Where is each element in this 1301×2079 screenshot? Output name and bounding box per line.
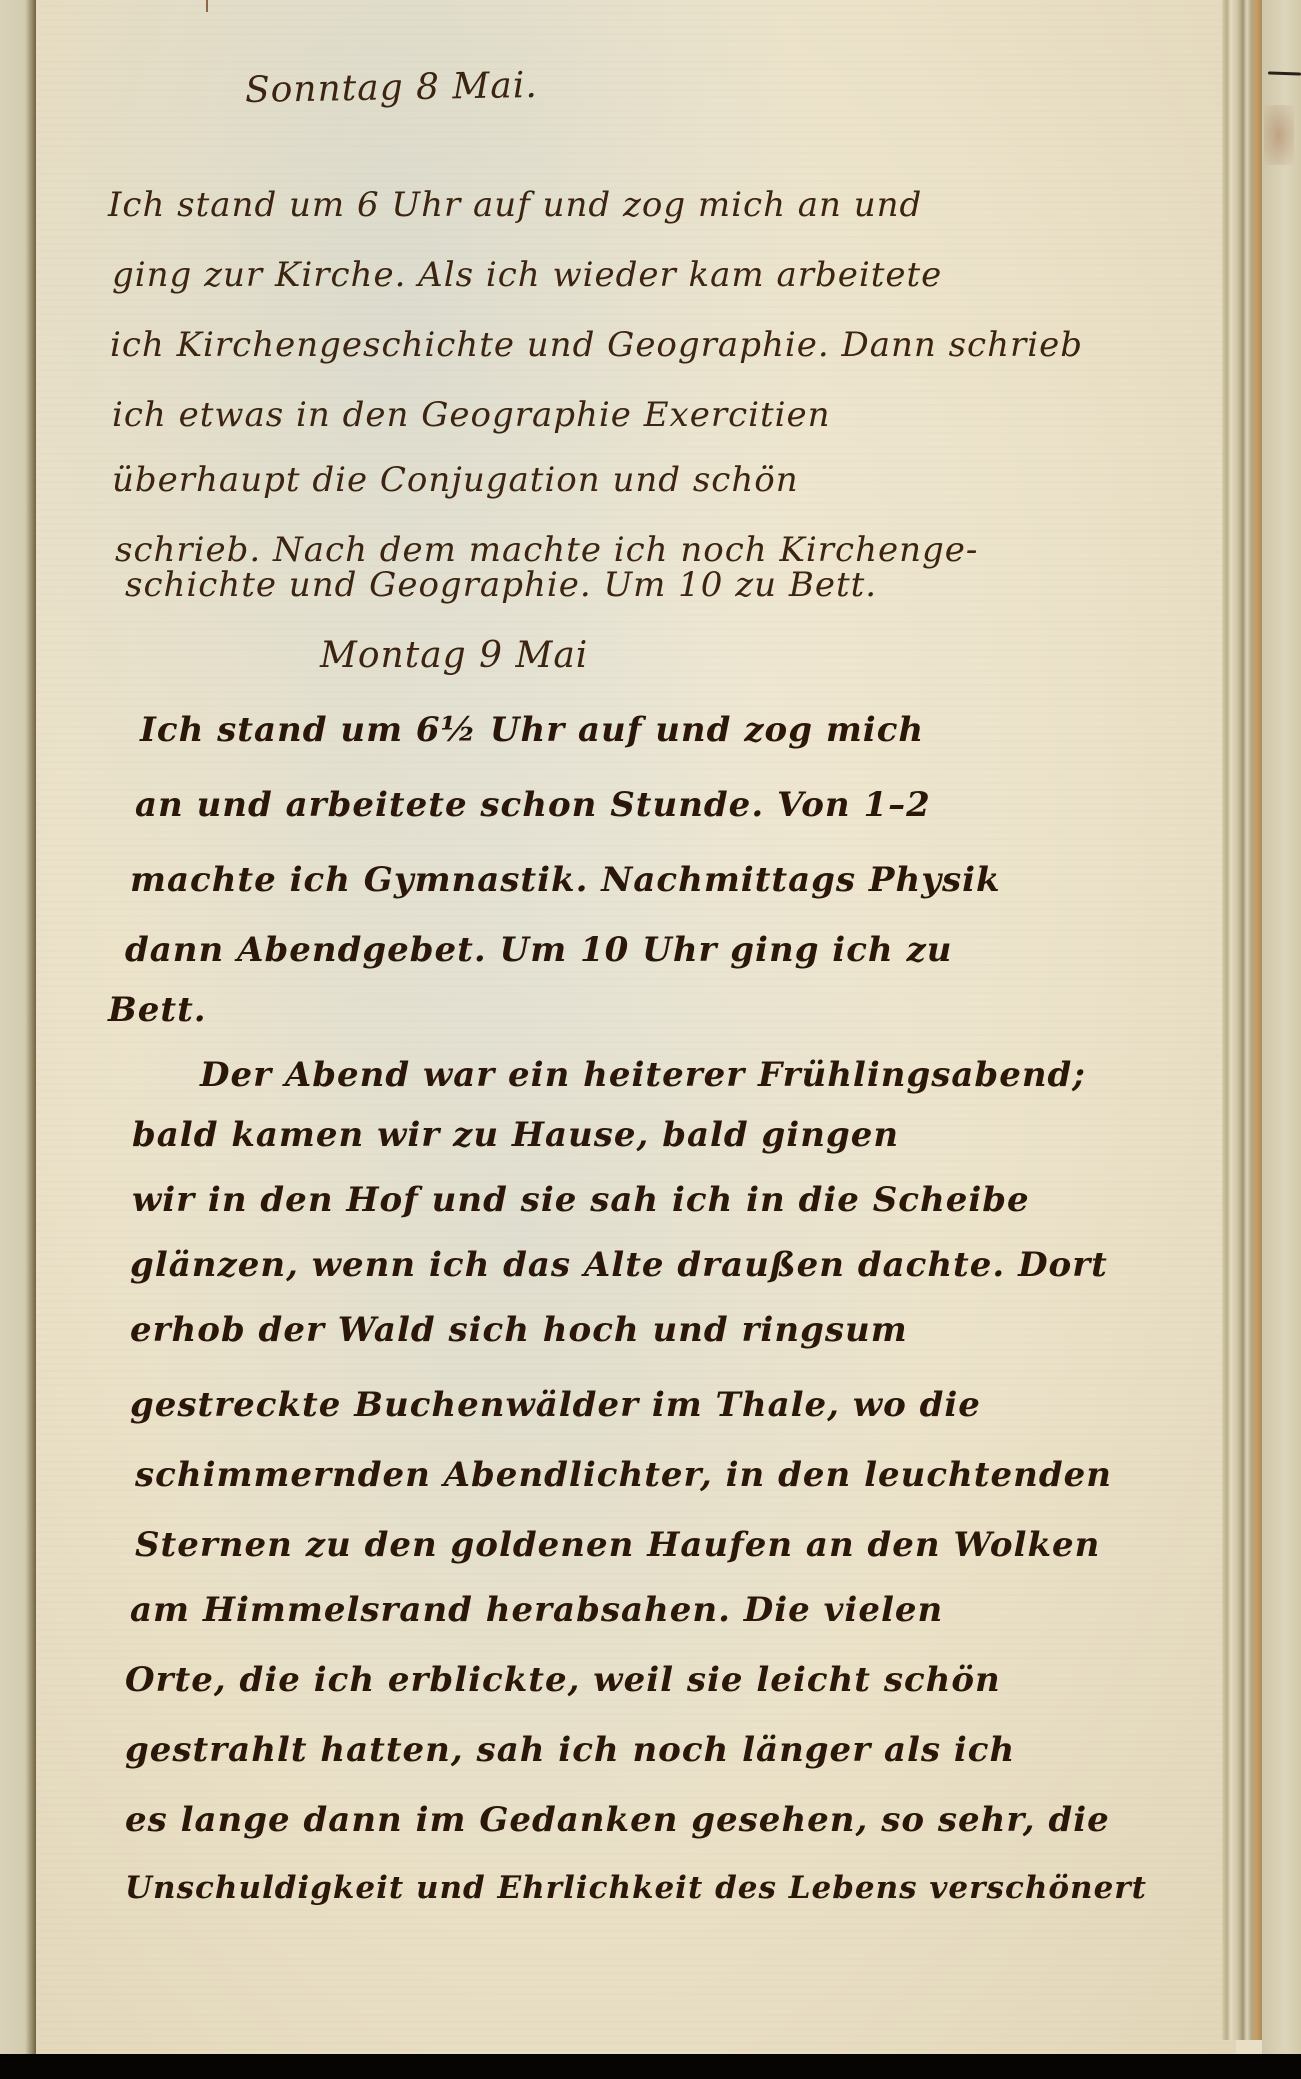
entry-line: am Himmelsrand herabsahen. Die vielen bbox=[130, 1590, 943, 1630]
entry-line: an und arbeitete schon Stunde. Von 1–2 bbox=[135, 785, 931, 825]
entry-line: schimmernden Abendlichter, in den leucht… bbox=[135, 1455, 1112, 1495]
entry-line: Der Abend war ein heiterer Frühlingsaben… bbox=[200, 1055, 1086, 1095]
entry-line: dann Abendgebet. Um 10 Uhr ging ich zu bbox=[125, 930, 953, 970]
entry-line: ich etwas in den Geographie Exercitien bbox=[112, 395, 831, 435]
entry-line: überhaupt die Conjugation und schön bbox=[112, 460, 799, 500]
entry-line: Orte, die ich erblickte, weil sie leicht… bbox=[125, 1660, 1001, 1700]
entry-line: ging zur Kirche. Als ich wieder kam arbe… bbox=[112, 255, 942, 295]
entry-line: gestrahlt hatten, sah ich noch länger al… bbox=[125, 1730, 1015, 1770]
entry-line: Bett. bbox=[108, 990, 207, 1030]
ink-mark-top bbox=[206, 0, 208, 12]
entry-heading-sunday: Sonntag 8 Mai. bbox=[245, 65, 538, 111]
entry-line: gestreckte Buchenwälder im Thale, wo die bbox=[130, 1385, 981, 1425]
entry-line: machte ich Gymnastik. Nachmittags Physik bbox=[130, 860, 1001, 900]
back-cover bbox=[1262, 0, 1301, 2054]
entry-line: Ich stand um 6 Uhr auf und zog mich an u… bbox=[108, 185, 922, 225]
cover-stain bbox=[1264, 105, 1294, 165]
page-edges bbox=[1222, 0, 1262, 2040]
entry-line: Ich stand um 6½ Uhr auf und zog mich bbox=[140, 710, 924, 750]
entry-line: glänzen, wenn ich das Alte draußen dacht… bbox=[130, 1245, 1108, 1285]
entry-line: schrieb. Nach dem machte ich noch Kirche… bbox=[115, 530, 978, 570]
entry-heading-monday: Montag 9 Mai bbox=[320, 635, 588, 676]
entry-line: es lange dann im Gedanken gesehen, so se… bbox=[125, 1800, 1110, 1840]
scan-bottom-border bbox=[0, 2054, 1301, 2079]
entry-line: ich Kirchengeschichte und Geographie. Da… bbox=[110, 325, 1083, 365]
entry-line: erhob der Wald sich hoch und ringsum bbox=[130, 1310, 908, 1350]
entry-line: Sternen zu den goldenen Haufen an den Wo… bbox=[135, 1525, 1100, 1565]
entry-line: wir in den Hof und sie sah ich in die Sc… bbox=[132, 1180, 1030, 1220]
entry-line: Unschuldigkeit und Ehrlichkeit des Leben… bbox=[125, 1870, 1147, 1906]
entry-line: bald kamen wir zu Hause, bald gingen bbox=[132, 1115, 899, 1155]
entry-line: schichte und Geographie. Um 10 zu Bett. bbox=[125, 565, 877, 605]
left-gutter bbox=[0, 0, 36, 2054]
